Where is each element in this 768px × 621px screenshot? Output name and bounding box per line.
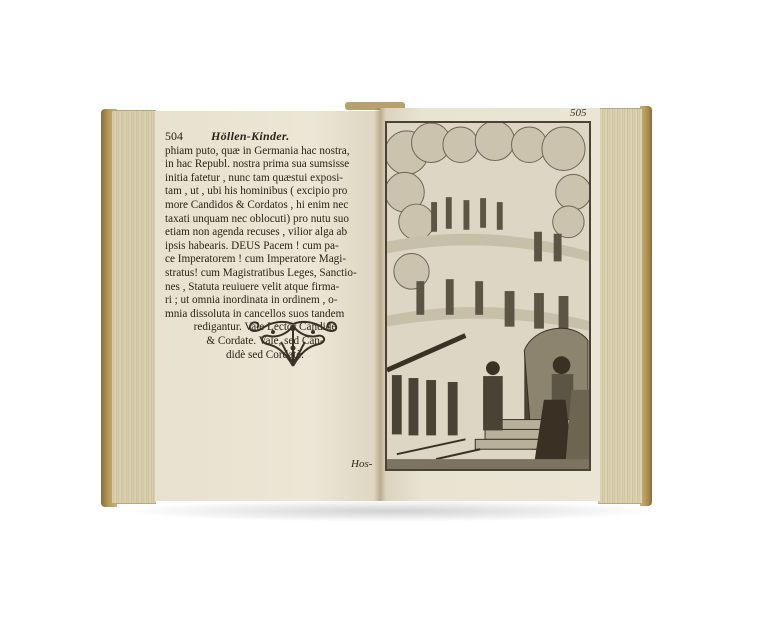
fleuron-ornament-icon xyxy=(243,318,343,372)
text-line: phiam puto, quæ in Germania hac nostra, xyxy=(165,145,365,159)
page-stack-left xyxy=(112,110,156,504)
text-line: ri ; ut omnia inordinata in ordinem , o- xyxy=(165,294,365,308)
text-line: taxati unquam nec oblocuti) pro nutu suo xyxy=(165,213,365,227)
text-line: in hac Republ. nostra prima sua sumsisse xyxy=(165,158,365,172)
page-stack-right xyxy=(598,108,642,504)
text-line: stratus! cum Magistratibus Leges, Sancti… xyxy=(165,267,365,281)
running-title: Höllen-Kinder. xyxy=(211,130,290,144)
page-number-right: 505 xyxy=(570,107,587,119)
text-line: etiam non agenda recuses , vilior alga a… xyxy=(165,226,365,240)
open-book: 504 Höllen-Kinder. phiam puto, quæ in Ge… xyxy=(0,0,768,621)
catchword: Hos- xyxy=(351,458,372,470)
text-line: tam , ut , ubi his hominibus ( excipio p… xyxy=(165,185,365,199)
engraving-illustration xyxy=(385,121,591,471)
text-line: more Candidos & Cordatos , hi enim nec xyxy=(165,199,365,213)
text-line: nes , Statuta reuiuere velit atque firma… xyxy=(165,281,365,295)
text-line: ipsis habearis. DEUS Pacem ! cum pa- xyxy=(165,240,365,254)
text-line: ce Imperatorem ! cum Imperatore Magi- xyxy=(165,253,365,267)
running-head: 504 Höllen-Kinder. xyxy=(165,130,365,144)
page-number-left: 504 xyxy=(165,130,183,144)
text-line: initia fatetur , nunc tam quæstui exposi… xyxy=(165,172,365,186)
